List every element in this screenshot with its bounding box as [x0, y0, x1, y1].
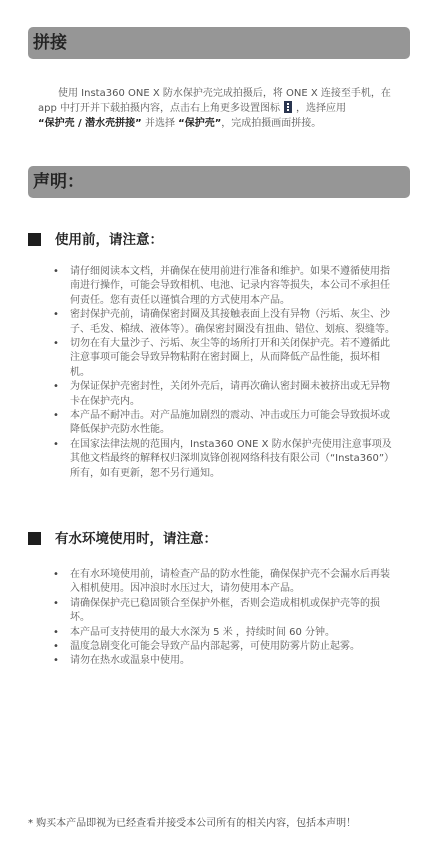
list-item: •请确保保护壳已稳固锁合至保护外框，否则会造成相机或保护壳等的损坏。	[50, 597, 395, 626]
before-use-heading: 使用前，请注意：	[28, 230, 163, 250]
list-item: •本产品不耐冲击。对产品施加剧烈的震动、冲击或压力可能会导致损坏或降低保护壳防水…	[50, 409, 395, 438]
intro-text-3: 并选择	[145, 118, 175, 129]
stitch-instructions: 使用 Insta360 ONE X 防水保护壳完成拍摄后，将 ONE X 连接至…	[38, 86, 408, 131]
section-title-stitch: 拼接	[33, 31, 67, 55]
section-header-statement: 声明：	[28, 166, 410, 198]
bullet-icon: •	[53, 640, 59, 654]
bullet-icon: •	[53, 626, 59, 640]
list-item: •在有水环境使用前，请检查产品的防水性能，确保保护壳不会漏水后再装入相机使用。因…	[50, 568, 395, 597]
list-item: •请勿在热水或温泉中使用。	[50, 654, 395, 668]
more-vertical-icon	[284, 101, 292, 113]
intro-bold-1: “保护壳 / 潜水壳拼接”	[38, 118, 142, 129]
bullet-icon: •	[53, 409, 59, 423]
square-bullet-icon	[28, 233, 41, 246]
before-use-list: •请仔细阅读本文档，并确保在使用前进行准备和维护。如果不遵循使用指南进行操作，可…	[50, 265, 395, 481]
water-use-heading-text: 有水环境使用时，请注意：	[55, 531, 217, 547]
intro-text-2: ，选择应用	[296, 103, 346, 114]
intro-text-4: ，完成拍摄画面拼接。	[221, 118, 321, 129]
section-title-statement: 声明：	[33, 170, 84, 194]
section-header-stitch: 拼接	[28, 27, 410, 59]
list-item: •本产品可支持使用的最大水深为 5 米 ，持续时间 60 分钟。	[50, 626, 395, 640]
list-item: •切勿在有大量沙子、污垢、灰尘等的场所打开和关闭保护壳。若不遵循此注意事项可能会…	[50, 337, 395, 380]
intro-bold-2: “保护壳”	[178, 118, 221, 129]
bullet-icon: •	[53, 654, 59, 668]
footer-note: * 购买本产品即视为已经查看并接受本公司所有的相关内容，包括本声明！	[28, 817, 428, 831]
bullet-icon: •	[53, 337, 59, 351]
list-item: •在国家法律法规的范围内，Insta360 ONE X 防水保护壳使用注意事项及…	[50, 438, 395, 481]
before-use-heading-text: 使用前，请注意：	[55, 232, 163, 248]
bullet-icon: •	[53, 380, 59, 394]
list-item: •请仔细阅读本文档，并确保在使用前进行准备和维护。如果不遵循使用指南进行操作，可…	[50, 265, 395, 308]
bullet-icon: •	[53, 438, 59, 452]
list-item: •密封保护壳前，请确保密封圈及其接触表面上没有异物（污垢、灰尘、沙子、毛发、棉绒…	[50, 308, 395, 337]
list-item: •温度急剧变化可能会导致产品内部起雾，可使用防雾片防止起雾。	[50, 640, 395, 654]
square-bullet-icon	[28, 532, 41, 545]
bullet-icon: •	[53, 308, 59, 322]
water-use-heading: 有水环境使用时，请注意：	[28, 529, 217, 549]
water-use-list: •在有水环境使用前，请检查产品的防水性能，确保保护壳不会漏水后再装入相机使用。因…	[50, 568, 395, 669]
bullet-icon: •	[53, 265, 59, 279]
list-item: •为保证保护壳密封性，关闭外壳后，请再次确认密封圈未被挤出或无异物卡在保护壳内。	[50, 380, 395, 409]
bullet-icon: •	[53, 568, 59, 582]
bullet-icon: •	[53, 597, 59, 611]
